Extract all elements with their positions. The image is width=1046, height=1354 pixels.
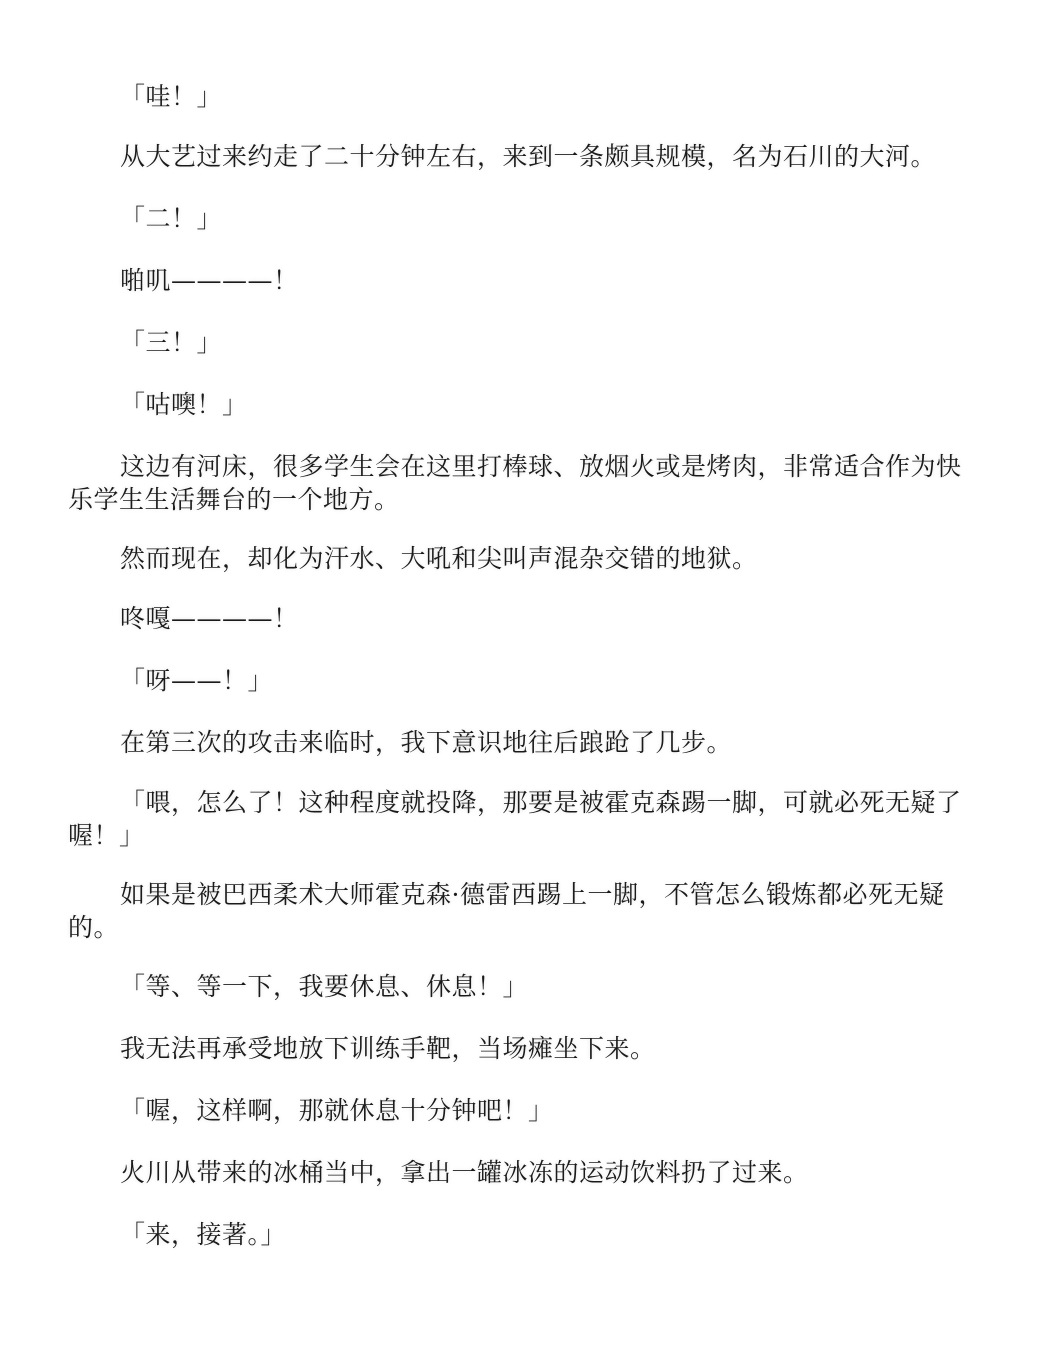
paragraph-sound-effect: 咚嘎————！ [68,602,978,635]
paragraph-dialogue: 「呀——！」 [68,664,978,697]
paragraph-dialogue: 「哇！」 [68,80,978,113]
paragraph-dialogue: 「三！」 [68,326,978,359]
document-page: 「哇！」 从大艺过来约走了二十分钟左右，来到一条颇具规模，名为石川的大河。 「二… [0,0,1046,1354]
paragraph-dialogue: 「来，接著。」 [68,1218,978,1251]
paragraph-narration: 在第三次的攻击来临时，我下意识地往后踉跄了几步。 [68,726,978,759]
paragraph-dialogue: 「二！」 [68,202,978,235]
paragraph-narration: 然而现在，却化为汗水、大吼和尖叫声混杂交错的地狱。 [68,542,978,575]
paragraph-dialogue: 「喂，怎么了！这种程度就投降，那要是被霍克森踢一脚，可就必死无疑了喔！」 [68,786,978,852]
paragraph-narration: 如果是被巴西柔术大师霍克森·德雷西踢上一脚，不管怎么锻炼都必死无疑的。 [68,878,978,944]
paragraph-narration: 我无法再承受地放下训练手靶，当场瘫坐下来。 [68,1032,978,1065]
paragraph-narration: 火川从带来的冰桶当中，拿出一罐冰冻的运动饮料扔了过来。 [68,1156,978,1189]
paragraph-dialogue: 「喔，这样啊，那就休息十分钟吧！」 [68,1094,978,1127]
paragraph-dialogue: 「咕噢！」 [68,388,978,421]
paragraph-sound-effect: 啪叽————！ [68,264,978,297]
paragraph-dialogue: 「等、等一下，我要休息、休息！」 [68,970,978,1003]
paragraph-narration: 这边有河床，很多学生会在这里打棒球、放烟火或是烤肉，非常适合作为快乐学生生活舞台… [68,450,978,516]
paragraph-narration: 从大艺过来约走了二十分钟左右，来到一条颇具规模，名为石川的大河。 [68,140,978,173]
